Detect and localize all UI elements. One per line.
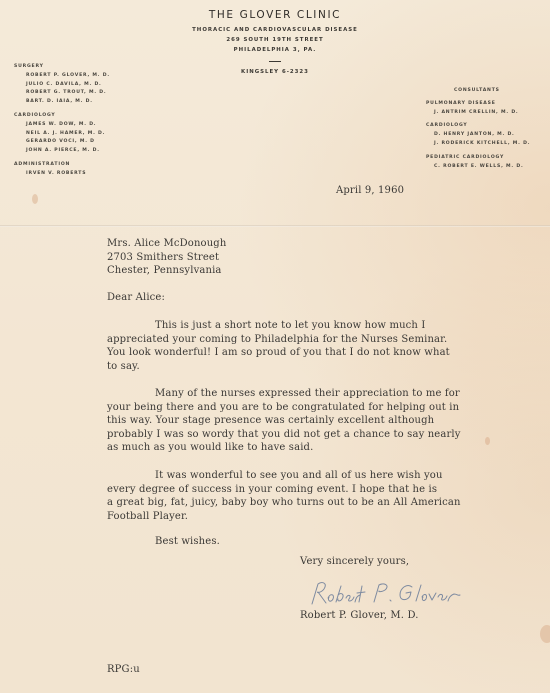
clinic-specialty: Thoracic and Cardiovascular Disease bbox=[0, 27, 550, 33]
consultant-category: Cardiology bbox=[426, 122, 530, 131]
typist-initials: RPG:u bbox=[107, 663, 140, 677]
paragraph-1: This is just a short note to let you kno… bbox=[107, 319, 450, 373]
staff-name: Julio C. Davila, M. D. bbox=[26, 81, 110, 90]
staff-name: Robert G. Trout, M. D. bbox=[26, 89, 110, 98]
paragraph-line: every degree of success in your coming e… bbox=[107, 483, 461, 497]
handwritten-signature bbox=[308, 578, 468, 608]
paper-fold-line bbox=[0, 225, 550, 227]
paper-stain bbox=[540, 625, 550, 643]
staff-category: Administration bbox=[14, 161, 110, 170]
consultant-category: Pulmonary Disease bbox=[426, 100, 530, 109]
recipient-street: 2703 Smithers Street bbox=[107, 251, 226, 265]
staff-name: Bart. D. Iaia, M. D. bbox=[26, 98, 110, 107]
paragraph-line: You look wonderful! I am so proud of you… bbox=[107, 346, 450, 360]
consultant-name: D. Henry Janton, M. D. bbox=[434, 131, 530, 140]
paragraph-line: a great big, fat, juicy, baby boy who tu… bbox=[107, 496, 461, 510]
consultant-name: J. Roderick Kitchell, M. D. bbox=[434, 140, 530, 149]
consultant-name: J. Antrim Crellin, M. D. bbox=[434, 109, 530, 118]
paragraph-3: It was wonderful to see you and all of u… bbox=[107, 469, 461, 523]
paper-stain bbox=[32, 194, 38, 204]
clinic-city: Philadelphia 3, Pa. bbox=[0, 47, 550, 53]
consultants-title: Consultants bbox=[454, 87, 530, 96]
staff-name: James W. Dow, M. D. bbox=[26, 121, 110, 130]
staff-name: Irven V. Roberts bbox=[26, 170, 110, 179]
recipient-city: Chester, Pennsylvania bbox=[107, 264, 226, 278]
closing-line: Best wishes. bbox=[155, 535, 220, 549]
staff-name: Neil A. J. Hamer, M. D. bbox=[26, 130, 110, 139]
paragraph-line: appreciated your coming to Philadelphia … bbox=[107, 333, 450, 347]
letter-date: April 9, 1960 bbox=[336, 184, 404, 198]
letterhead-divider bbox=[269, 61, 281, 62]
clinic-name: THE GLOVER CLINIC bbox=[0, 9, 550, 21]
staff-name: Robert P. Glover, M. D. bbox=[26, 72, 110, 81]
staff-name: Gerardo Voci, M. D bbox=[26, 138, 110, 147]
paragraph-2: Many of the nurses expressed their appre… bbox=[107, 387, 461, 455]
paragraph-line: This is just a short note to let you kno… bbox=[107, 319, 450, 333]
signer-name: Robert P. Glover, M. D. bbox=[300, 609, 419, 623]
paragraph-line: Many of the nurses expressed their appre… bbox=[107, 387, 461, 401]
paragraph-line: It was wonderful to see you and all of u… bbox=[107, 469, 461, 483]
paragraph-line: your being there and you are to be congr… bbox=[107, 401, 461, 415]
paragraph-line: as much as you would like to have said. bbox=[107, 441, 461, 455]
staff-category: Cardiology bbox=[14, 112, 110, 121]
paragraph-line: probably I was so wordy that you did not… bbox=[107, 428, 461, 442]
signature-icon bbox=[308, 578, 468, 608]
consultants-list: Consultants Pulmonary Disease J. Antrim … bbox=[426, 87, 530, 171]
consultant-category: Pediatric Cardiology bbox=[426, 154, 530, 163]
recipient-name: Mrs. Alice McDonough bbox=[107, 237, 226, 251]
paragraph-line: to say. bbox=[107, 360, 450, 374]
clinic-street: 269 South 19th Street bbox=[0, 37, 550, 43]
staff-name: John A. Pierce, M. D. bbox=[26, 147, 110, 156]
consultant-name: C. Robert E. Wells, M. D. bbox=[434, 163, 530, 172]
staff-category: Surgery bbox=[14, 63, 110, 72]
paragraph-line: Football Player. bbox=[107, 510, 461, 524]
valediction: Very sincerely yours, bbox=[300, 555, 409, 569]
recipient-address: Mrs. Alice McDonough 2703 Smithers Stree… bbox=[107, 237, 226, 278]
paper-stain bbox=[485, 437, 490, 445]
staff-list-left: Surgery Robert P. Glover, M. D. Julio C.… bbox=[14, 63, 110, 179]
paragraph-line: this way. Your stage presence was certai… bbox=[107, 414, 461, 428]
salutation: Dear Alice: bbox=[107, 291, 165, 305]
